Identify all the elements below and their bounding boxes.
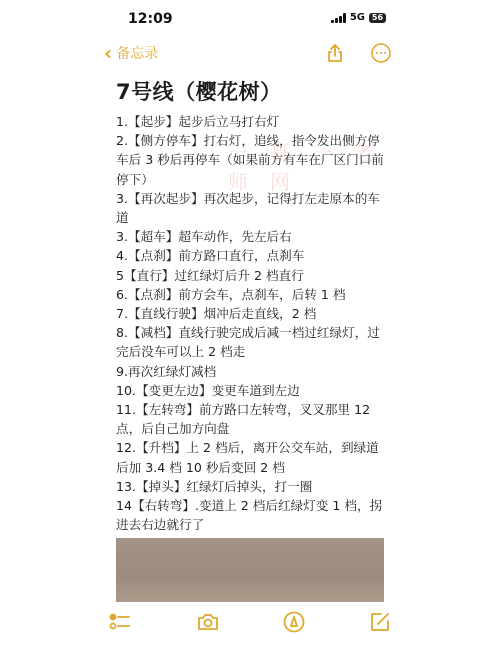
note-line: 4.【点刹】前方路口直行，点刹车 (116, 246, 391, 265)
note-line: 14【右转弯】.变道上 2 档后红绿灯变 1 档，拐进去右边就行了 (116, 496, 391, 534)
back-label: 备忘录 (116, 43, 158, 63)
status-time: 12:09 (128, 11, 173, 27)
note-line: 11.【左转弯】前方路口左转弯，叉叉那里 12 点，后自己加方向盘 (116, 400, 391, 438)
notes-screen: 12:09 5G 56 ‹ 备忘录 7号线（樱花树） 1 (100, 0, 400, 653)
nav-bar: ‹ 备忘录 (100, 40, 400, 70)
note-line: 12.【升档】上 2 档后，离开公交车站，到绿道后加 3.4 档 10 秒后变回… (116, 438, 391, 476)
checklist-icon[interactable] (108, 610, 132, 634)
share-icon[interactable] (324, 42, 346, 64)
status-bar: 12:09 5G 56 (100, 0, 400, 38)
chevron-left-icon: ‹ (104, 43, 112, 63)
note-line: 8.【减档】直线行驶完成后减一档过红绿灯，过完后没车可以上 2 档走 (116, 323, 391, 361)
battery-icon: 56 (369, 13, 386, 23)
note-line: 1.【起步】起步后立马打右灯 (116, 112, 391, 131)
status-indicators: 5G 56 (331, 12, 386, 23)
note-line: 9.再次红绿灯减档 (116, 362, 391, 381)
network-type: 5G (350, 12, 365, 23)
note-line: 13.【掉头】红绿灯后掉头，打一圈 (116, 477, 391, 496)
note-title: 7号线（樱花树） (116, 76, 391, 106)
back-button[interactable]: ‹ 备忘录 (104, 43, 158, 63)
note-line: 7.【直线行驶】烟冲后走直线，2 档 (116, 304, 391, 323)
note-line: 6.【点刹】前方会车，点刹车，后转 1 档 (116, 285, 391, 304)
note-line: 3.【超车】超车动作，先左后右 (116, 227, 391, 246)
signal-icon (331, 13, 346, 23)
more-icon[interactable] (370, 42, 392, 64)
note-line: 2.【侧方停车】打右灯，追线，指令发出侧方停车后 3 秒后再停车（如果前方有车在… (116, 131, 391, 189)
compose-icon[interactable] (368, 610, 392, 634)
markup-icon[interactable] (282, 610, 306, 634)
camera-icon[interactable] (196, 610, 220, 634)
note-line: 3.【再次起步】再次起步，记得打左走原本的车道 (116, 189, 391, 227)
note-line: 5【直行】过红绿灯后升 2 档直行 (116, 266, 391, 285)
attached-photo[interactable] (116, 538, 384, 602)
note-line: 10.【变更左边】变更车道到左边 (116, 381, 391, 400)
bottom-toolbar (100, 606, 400, 640)
note-body[interactable]: 7号线（樱花树） 1.【起步】起步后立马打右灯 2.【侧方停车】打右灯，追线，指… (116, 76, 391, 534)
